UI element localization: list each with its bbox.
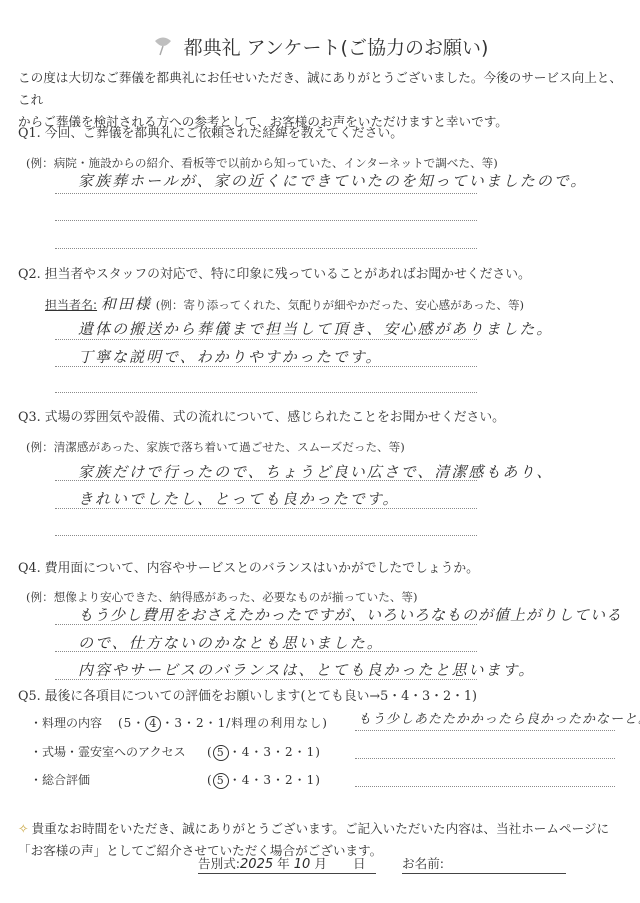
scale-suffix: ・4・3・2・1) bbox=[229, 773, 321, 787]
q2-answer-line-3[interactable] bbox=[55, 392, 477, 393]
ceremony-year[interactable]: 2025 bbox=[240, 857, 273, 872]
scale-prefix: ( bbox=[207, 745, 213, 759]
rating-comment-food[interactable]: もう少しあたたかかったら良かったかなーと。 bbox=[358, 708, 640, 727]
selected-rating-circle[interactable]: 4 bbox=[145, 716, 161, 732]
staff-name-value[interactable]: 和田様 bbox=[101, 295, 152, 313]
ginkgo-leaf-icon bbox=[152, 35, 174, 57]
rating-label-access: ・式場・霊安室へのアクセス bbox=[30, 745, 186, 759]
scale-prefix: (5・ bbox=[118, 716, 145, 730]
rating-label-overall: ・総合評価 bbox=[30, 773, 90, 787]
scale-suffix: ・4・3・2・1) bbox=[229, 745, 321, 759]
sparkle-icon: ✧ bbox=[18, 821, 29, 836]
rating-comment-line-3[interactable] bbox=[355, 786, 615, 787]
q4-answer-2[interactable]: ので、仕方ないのかなとも思いました。 bbox=[78, 632, 384, 653]
month-unit: 月 bbox=[314, 856, 327, 871]
q4-answer-1[interactable]: もう少し費用をおさえたかったですが、いろいろなものが値上がりしている bbox=[78, 604, 622, 625]
customer-name-label: お名前: bbox=[402, 856, 444, 871]
ceremony-date-field[interactable]: 告別式:2025 年 10 月 日 bbox=[198, 853, 376, 874]
q3-question: Q3. 式場の雰囲気や設備、式の流れについて、感じられたことをお聞かせください。 bbox=[18, 406, 505, 425]
staff-name-field[interactable]: 担当者名: 和田様 (例：寄り添ってくれた、気配りが細やかだった、安心感があった… bbox=[45, 293, 524, 314]
q1-question: Q1. 今回、ご葬儀を都典礼にご依頼された経緯を教えてください。 bbox=[18, 122, 403, 141]
q1-answer-line-2[interactable] bbox=[55, 220, 477, 221]
q3-answer-2[interactable]: きれいでしたし、とっても良かったです。 bbox=[78, 488, 400, 509]
rating-comment-line-1[interactable] bbox=[355, 730, 615, 731]
customer-name-field[interactable]: お名前: bbox=[402, 853, 566, 874]
q3-answer-1[interactable]: 家族だけで行ったので、ちょうど良い広さで、清潔感もあり、 bbox=[78, 461, 553, 482]
scale-prefix: ( bbox=[207, 773, 213, 787]
q4-answer-line-2[interactable] bbox=[55, 651, 477, 652]
q1-answer-line-3[interactable] bbox=[55, 248, 477, 249]
q2-answer-2[interactable]: 丁寧な説明で、わかりやすかったです。 bbox=[78, 346, 383, 367]
q3-answer-line-1[interactable] bbox=[55, 480, 477, 481]
rating-row-overall: ・総合評価 (5・4・3・2・1) bbox=[30, 771, 90, 788]
day-unit: 日 bbox=[353, 856, 366, 871]
selected-rating-circle[interactable]: 5 bbox=[213, 745, 229, 761]
rating-comment-line-2[interactable] bbox=[355, 758, 615, 759]
q2-answer-line-2[interactable] bbox=[55, 366, 477, 367]
q3-example: (例：清潔感があった、家族で落ち着いて過ごせた、スムーズだった、等) bbox=[26, 439, 405, 455]
rating-label-food: ・料理の内容 bbox=[30, 716, 102, 730]
q5-question: Q5. 最後に各項目についての評価をお願いします(とても良い→5・4・3・2・1… bbox=[18, 685, 477, 704]
q4-answer-3[interactable]: 内容やサービスのバランスは、とても良かったと思います。 bbox=[78, 659, 535, 680]
q1-answer-line-1[interactable] bbox=[55, 193, 477, 194]
q4-answer-line-3[interactable] bbox=[55, 679, 477, 680]
q1-answer-1[interactable]: 家族葬ホールが、家の近くにできていたのを知っていましたので。 bbox=[78, 170, 587, 191]
q4-answer-line-1[interactable] bbox=[55, 624, 477, 625]
ceremony-month[interactable]: 10 bbox=[294, 857, 311, 872]
rating-scale-overall[interactable]: (5・4・3・2・1) bbox=[207, 771, 321, 789]
q2-question: Q2. 担当者やスタッフの対応で、特に印象に残っていることがあればお聞かせくださ… bbox=[18, 263, 531, 282]
q3-answer-line-2[interactable] bbox=[55, 508, 477, 509]
q4-example: (例：想像より安心できた、納得感があった、必要なものが揃っていた、等) bbox=[26, 589, 418, 605]
title-text: 都典礼 アンケート(ご協力のお願い) bbox=[184, 37, 489, 59]
rating-row-access: ・式場・霊安室へのアクセス (5・4・3・2・1) bbox=[30, 743, 186, 760]
rating-scale-food[interactable]: (5・4・3・2・1/料理の利用なし) bbox=[118, 714, 328, 732]
scale-suffix: ・3・2・1/料理の利用なし) bbox=[161, 716, 328, 730]
q2-answer-line-1[interactable] bbox=[55, 339, 477, 340]
q2-answer-1[interactable]: 遺体の搬送から葬儀まで担当して頂き、安心感がありました。 bbox=[78, 318, 553, 339]
intro-line-1: この度は大切なご葬儀を都典礼にお任せいただき、誠にありがとうございました。今後の… bbox=[18, 67, 628, 111]
survey-title: 都典礼 アンケート(ご協力のお願い) bbox=[0, 33, 640, 60]
footer-note-line-1: 貴重なお時間をいただき、誠にありがとうございます。ご記入いただいた内容は、当社ホ… bbox=[32, 821, 610, 836]
staff-name-label: 担当者名: bbox=[45, 298, 97, 312]
selected-rating-circle[interactable]: 5 bbox=[213, 773, 229, 789]
q3-answer-line-3[interactable] bbox=[55, 535, 477, 536]
q2-example: (例：寄り添ってくれた、気配りが細やかだった、安心感があった、等) bbox=[156, 298, 524, 312]
q4-question: Q4. 費用面について、内容やサービスとのバランスはいかがでしたでしょうか。 bbox=[18, 557, 479, 576]
rating-scale-access[interactable]: (5・4・3・2・1) bbox=[207, 743, 321, 761]
q1-example: (例：病院・施設からの紹介、看板等で以前から知っていた、インターネットで調べた、… bbox=[26, 155, 498, 171]
ceremony-date-label: 告別式: bbox=[198, 856, 240, 871]
year-unit: 年 bbox=[277, 856, 290, 871]
rating-row-food: ・料理の内容 (5・4・3・2・1/料理の利用なし) bbox=[30, 714, 102, 731]
